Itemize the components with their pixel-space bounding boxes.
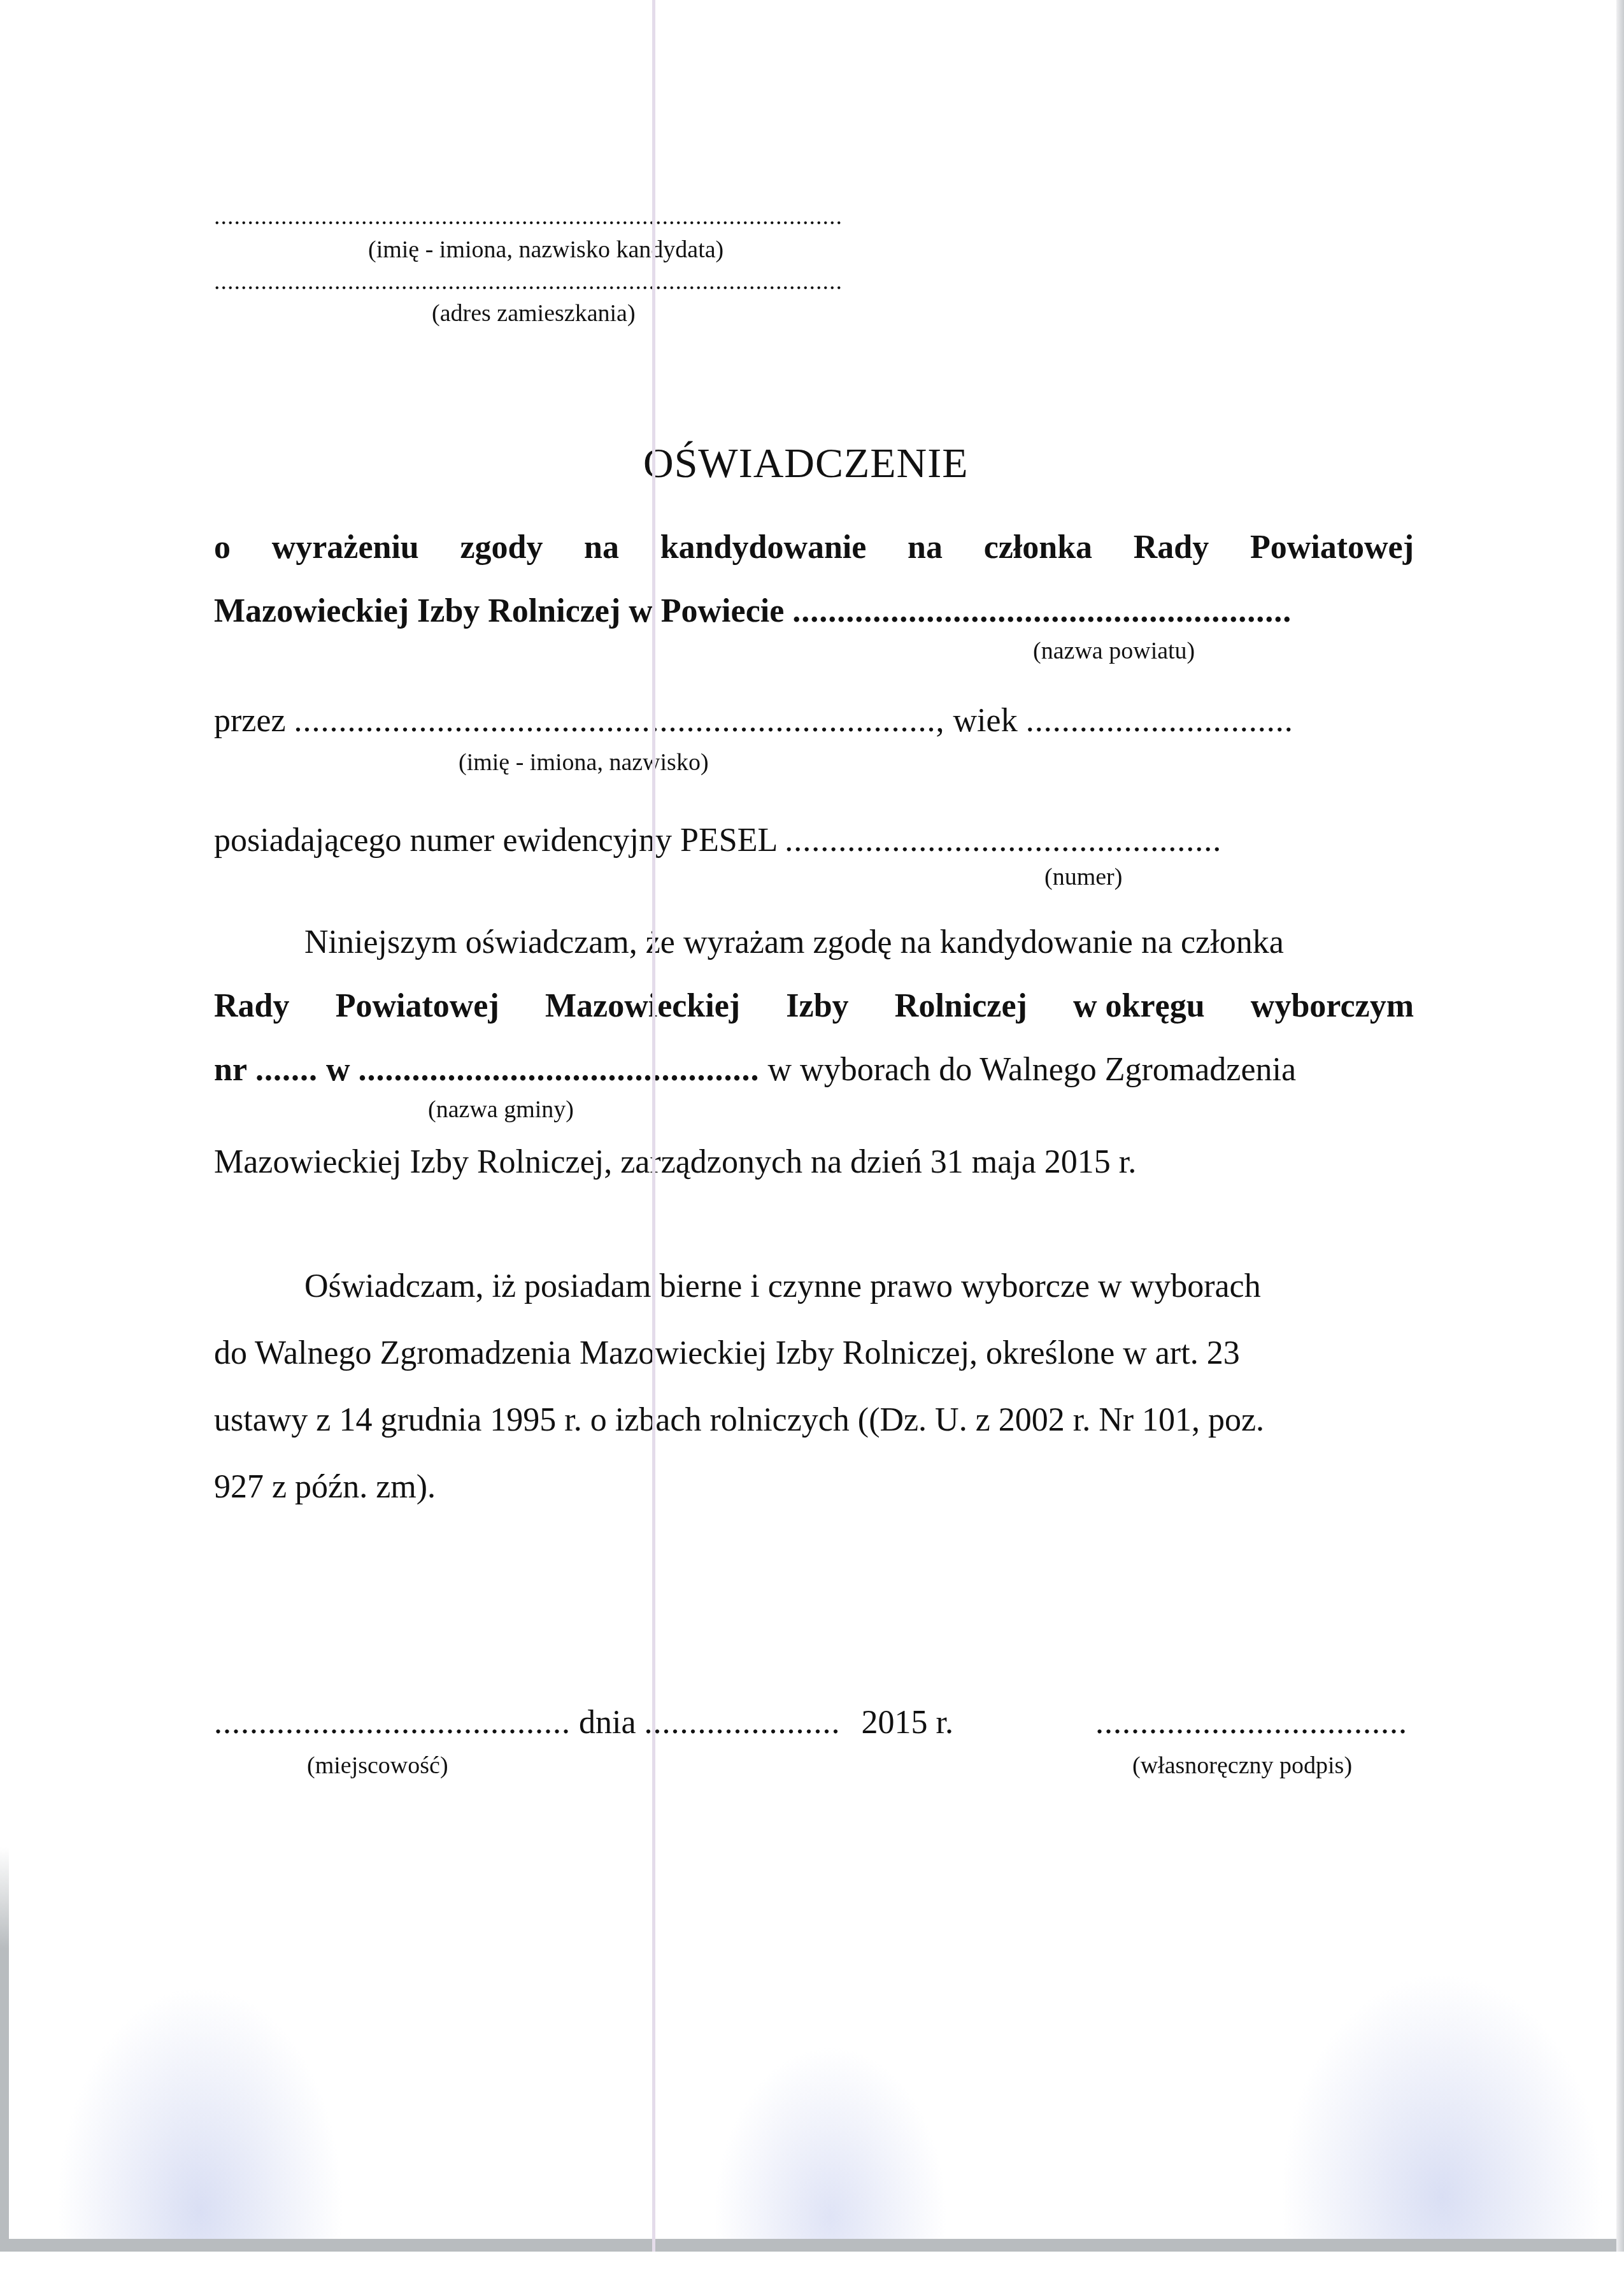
word: Powiatowej bbox=[336, 987, 499, 1025]
w-label: w bbox=[326, 1052, 350, 1088]
word: na bbox=[908, 529, 943, 566]
nr-label: nr bbox=[214, 1052, 247, 1088]
address-label: (adres zamieszkania) bbox=[432, 299, 636, 327]
pesel-field[interactable]: ........................................… bbox=[785, 822, 1222, 859]
word: na bbox=[584, 529, 619, 566]
county-label: (nazwa powiatu) bbox=[1033, 637, 1195, 665]
word: Mazowieckiej bbox=[545, 987, 740, 1025]
paper-shading bbox=[9, 1943, 1607, 2239]
scanner-edge-left bbox=[0, 1847, 9, 2252]
declaration-line-2: Rady Powiatowej Mazowieckiej Izby Rolnic… bbox=[214, 987, 1414, 1025]
district-number-field[interactable]: ....... bbox=[255, 1052, 318, 1088]
word: członka bbox=[984, 529, 1092, 566]
dnia-label: dnia bbox=[579, 1704, 636, 1741]
age-label: wiek bbox=[953, 703, 1018, 739]
rights-line-1: Oświadczam, iż posiadam bierne i czynne … bbox=[304, 1268, 1261, 1305]
document-title: OŚWIADCZENIE bbox=[643, 439, 969, 488]
pesel-line: posiadającego numer ewidencyjny PESEL ..… bbox=[214, 822, 1222, 859]
place-hint: (miejscowość) bbox=[307, 1752, 448, 1780]
word: kandydowanie bbox=[660, 529, 867, 566]
scanner-edge-bottom bbox=[0, 2239, 1624, 2252]
scanned-document: ........................................… bbox=[0, 0, 1624, 2293]
rights-line-4: 927 z późn. zm). bbox=[214, 1468, 436, 1506]
date-field[interactable]: ...................... bbox=[645, 1704, 841, 1741]
word: wyrażeniu bbox=[272, 529, 419, 566]
pesel-label: posiadającego numer ewidencyjny PESEL bbox=[214, 822, 776, 859]
signature-field[interactable]: ................................... bbox=[1095, 1704, 1407, 1741]
declaration-text: w wyborach do Walnego Zgromadzenia bbox=[768, 1052, 1296, 1088]
word: Powiatowej bbox=[1250, 529, 1414, 566]
person-name-field[interactable]: ........................................… bbox=[294, 703, 945, 739]
gmina-hint: (nazwa gminy) bbox=[428, 1096, 574, 1124]
person-name-hint: (imię - imiona, nazwisko) bbox=[459, 748, 709, 776]
word: wyborczym bbox=[1251, 987, 1414, 1025]
scanner-edge-right bbox=[1616, 0, 1624, 2252]
subtitle-line-2: Mazowieckiej Izby Rolniczej w Powiecie .… bbox=[214, 592, 1292, 630]
word: w okręgu bbox=[1073, 987, 1205, 1025]
candidate-name-field[interactable]: ........................................… bbox=[214, 203, 843, 231]
word: Izby bbox=[786, 987, 848, 1025]
signature-hint: (własnoręczny podpis) bbox=[1132, 1752, 1352, 1780]
word: Rady bbox=[214, 987, 289, 1025]
place-field[interactable]: ........................................ bbox=[214, 1704, 571, 1741]
age-field[interactable]: .............................. bbox=[1026, 703, 1293, 739]
signature-line: ........................................… bbox=[214, 1704, 953, 1741]
subtitle-text: Mazowieckiej Izby Rolniczej w Powiecie bbox=[214, 593, 784, 629]
rights-line-2: do Walnego Zgromadzenia Mazowieckiej Izb… bbox=[214, 1334, 1240, 1372]
word: Rady bbox=[1134, 529, 1209, 566]
candidate-name-label: (imię - imiona, nazwisko kandydata) bbox=[368, 236, 723, 264]
pesel-hint: (numer) bbox=[1044, 863, 1122, 891]
rights-line-3: ustawy z 14 grudnia 1995 r. o izbach rol… bbox=[214, 1401, 1264, 1439]
county-field[interactable]: ........................................… bbox=[792, 593, 1292, 629]
declaration-line-4: Mazowieckiej Izby Rolniczej, zarządzonyc… bbox=[214, 1143, 1136, 1181]
word: zgody bbox=[460, 529, 543, 566]
year-text: 2015 r. bbox=[862, 1704, 953, 1741]
paper-fold-line bbox=[652, 0, 655, 2252]
subtitle-line-1: o wyrażeniu zgody na kandydowanie na czł… bbox=[214, 529, 1414, 566]
word: o bbox=[214, 529, 231, 566]
declaration-line-3: nr ....... w ...........................… bbox=[214, 1051, 1296, 1089]
przez-label: przez bbox=[214, 703, 286, 739]
gmina-field[interactable]: ........................................… bbox=[359, 1052, 760, 1088]
address-field[interactable]: ........................................… bbox=[214, 268, 843, 296]
word: Rolniczej bbox=[895, 987, 1027, 1025]
person-line: przez ..................................… bbox=[214, 702, 1293, 739]
declaration-line-1: Niniejszym oświadczam, że wyrażam zgodę … bbox=[304, 924, 1284, 961]
